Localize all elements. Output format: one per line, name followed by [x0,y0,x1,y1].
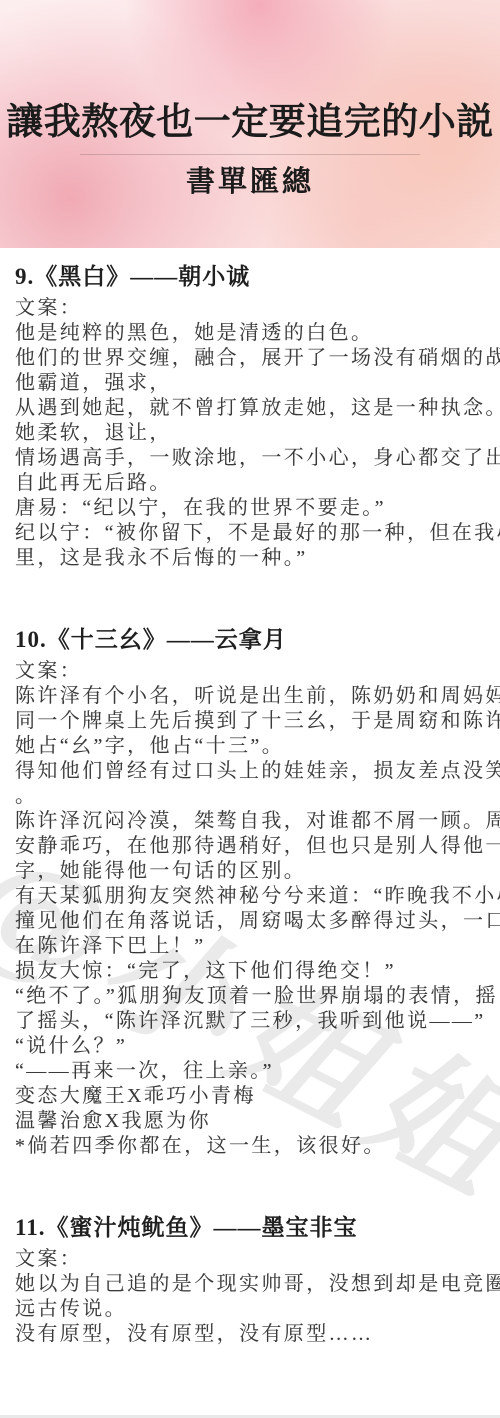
copy-line: 他们的世界交缠，融合，展开了一场没有硝烟的战争。 [15,346,496,371]
copy-line: 她以为自己追的是个现实帅哥，没想到却是电竞圈的 [15,1272,496,1297]
copy-line: 有天某狐朋狗友突然神秘兮兮来道：“昨晚我不小心 [15,884,496,909]
copy-line: 安静乖巧，在他那待遇稍好，但也只是别人得他一个 [15,834,496,859]
book-list: 9.《黑白》——朝小诚文案：他是纯粹的黑色，她是清透的白色。他们的世界交缠，融合… [0,248,500,1347]
copy-line: 文案： [15,659,496,684]
copy-line: 了摇头，“陈许泽沉默了三秒，我听到他说——” [15,1009,496,1034]
copy-line: “绝不了。”狐朋狗友顶着一脸世界崩塌的表情，摇 [15,984,496,1009]
page-subtitle: 書單匯總 [0,168,500,197]
copy-line: 变态大魔王X乖巧小青梅 [15,1084,496,1109]
book-heading: 9.《黑白》——朝小诚 [15,262,496,292]
copy-line: 在陈许泽下巴上！” [15,934,496,959]
copy-line: 他霸道，强求， [15,371,496,396]
copy-line: 撞见他们在角落说话，周窈喝太多醉得过头，一口亲 [15,909,496,934]
copy-line: 文案： [15,296,496,321]
page-title: 讓我熬夜也一定要追完的小説 [0,0,500,140]
book-heading: 10.《十三幺》——云拿月 [15,625,496,655]
copy-line: 自此再无后路。 [15,471,496,496]
copy-line: 他是纯粹的黑色，她是清透的白色。 [15,321,496,346]
copy-line: 陈许泽有个小名，听说是出生前，陈奶奶和周妈妈在 [15,684,496,709]
copy-line: 她柔软，退让， [15,421,496,446]
copy-line: 陈许泽沉闷冷漠，桀骜自我，对谁都不屑一顾。周窈 [15,809,496,834]
copy-line: 字，她能得他一句话的区别。 [15,859,496,884]
book-heading: 11.《蜜汁炖鱿鱼》——墨宝非宝 [15,1213,496,1243]
copy-line: 远古传说。 [15,1297,496,1322]
book-section: 9.《黑白》——朝小诚文案：他是纯粹的黑色，她是清透的白色。他们的世界交缠，融合… [15,262,496,571]
copy-line: 里，这是我永不后悔的一种。” [15,546,496,571]
book-section: 10.《十三幺》——云拿月文案：陈许泽有个小名，听说是出生前，陈奶奶和周妈妈在同… [15,625,496,1159]
book-section: 11.《蜜汁炖鱿鱼》——墨宝非宝文案：她以为自己追的是个现实帅哥，没想到却是电竞… [15,1213,496,1347]
header-banner: 讓我熬夜也一定要追完的小説 書單匯總 [0,0,500,248]
copy-line: 得知他们曾经有过口头上的娃娃亲，损友差点没笑死 [15,759,496,784]
copy-line: “——再来一次，往上亲。” [15,1059,496,1084]
copy-line: *倘若四季你都在，这一生，该很好。 [15,1134,496,1159]
copy-line: 文案： [15,1247,496,1272]
copy-line: 唐易：“纪以宁，在我的世界不要走。” [15,496,496,521]
copy-line: 从遇到她起，就不曾打算放走她，这是一种执念。 [15,396,496,421]
booklist-image: 讓我熬夜也一定要追完的小説 書單匯總 @小姐姐 9.《黑白》——朝小诚文案：他是… [0,0,500,1418]
copy-line: 同一个牌桌上先后摸到了十三幺，于是周窈和陈许泽， [15,709,496,734]
copy-line: 损友大惊：“完了，这下他们得绝交！” [15,959,496,984]
sections-host: 9.《黑白》——朝小诚文案：他是纯粹的黑色，她是清透的白色。他们的世界交缠，融合… [15,262,496,1347]
copy-line: 情场遇高手，一败涂地，一不小心，身心都交了出去， [15,446,496,471]
copy-line: 没有原型，没有原型，没有原型…… [15,1322,496,1347]
copy-line: 纪以宁：“被你留下，不是最好的那一种，但在我心 [15,521,496,546]
copy-line: 。 [15,784,496,809]
copy-line: 温馨治愈X我愿为你 [15,1109,496,1134]
copy-line: 她占“幺”字，他占“十三”。 [15,734,496,759]
title-divider [80,154,420,155]
copy-line: “说什么？” [15,1034,496,1059]
